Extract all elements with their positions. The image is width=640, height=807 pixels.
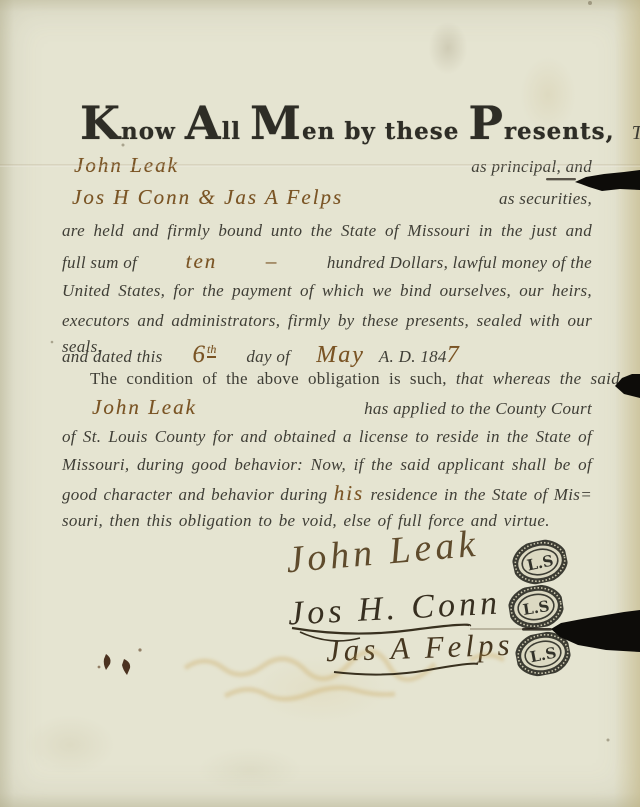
day-handwritten: 6 [193,341,208,368]
securities-names-handwritten: Jos H Conn & Jas A Felps [62,184,343,210]
ls-seal-stamp-icon: L.S [506,582,566,632]
sum-dash-handwritten: – [266,248,279,274]
body-line-county: of St. Louis County for and obtained a l… [62,424,592,450]
character-text-b: residence in the State of Mis= [370,485,592,504]
body-line-character: good character and behavior during his r… [62,480,592,508]
applicant-row: John Leak has applied to the County Cour… [62,394,592,422]
applicant-name-handwritten: John Leak [62,394,197,420]
ls-seal-stamp-icon: L.S [512,628,573,680]
tear-crack-line [470,628,530,630]
body-line-payment: United States, for the payment of which … [62,278,592,304]
ls-seal-stamp-icon: L.S [509,536,571,588]
securities-row: Jos H Conn & Jas A Felps as securities, [62,184,592,212]
document-page: KnowAllMenby thesePresents,That We, John… [0,0,640,807]
applied-text: has applied to the County Court [364,396,592,422]
pronoun-handwritten: his [334,481,365,505]
year-printed: A. D. 184 [379,347,447,366]
sum-value-handwritten: ten [186,248,218,274]
body-line-sum: full sum of ten – hundred Dollars, lawfu… [62,248,592,276]
fold-crease [0,164,640,167]
signature-security-1: Jos H. Conn [287,584,502,633]
dated-mid: day of [246,347,290,366]
sum-prefix: full sum of [62,250,137,276]
year-digit-handwritten: 7 [447,342,461,368]
character-text-a: good character and behavior during [62,485,327,504]
month-handwritten: May [316,342,365,368]
body-line-closing: souri, then this obligation to be void, … [62,508,592,534]
dated-line: and dated this6thday ofMayA. D. 1847 [62,336,592,370]
condition-upright-text: The condition of the above obligation is… [90,369,447,388]
signature-security-2: Jas A Felps [325,627,514,670]
body-line-bound: are held and firmly bound unto the State… [62,218,592,244]
body-line-behavior: Missouri, during good behavior: Now, if … [62,452,592,478]
dated-prefix: and dated this [62,347,163,366]
principal-label: as principal, and [471,154,592,180]
day-suffix-handwritten: th [207,342,216,358]
title-that-we: That We, [632,122,640,144]
condition-italic-text: that whereas the said [456,369,620,388]
securities-label: as securities, [499,186,592,212]
ink-blots [98,648,142,675]
condition-line: The condition of the above obligation is… [62,366,620,392]
sum-suffix: hundred Dollars, lawful money of the [327,250,592,276]
